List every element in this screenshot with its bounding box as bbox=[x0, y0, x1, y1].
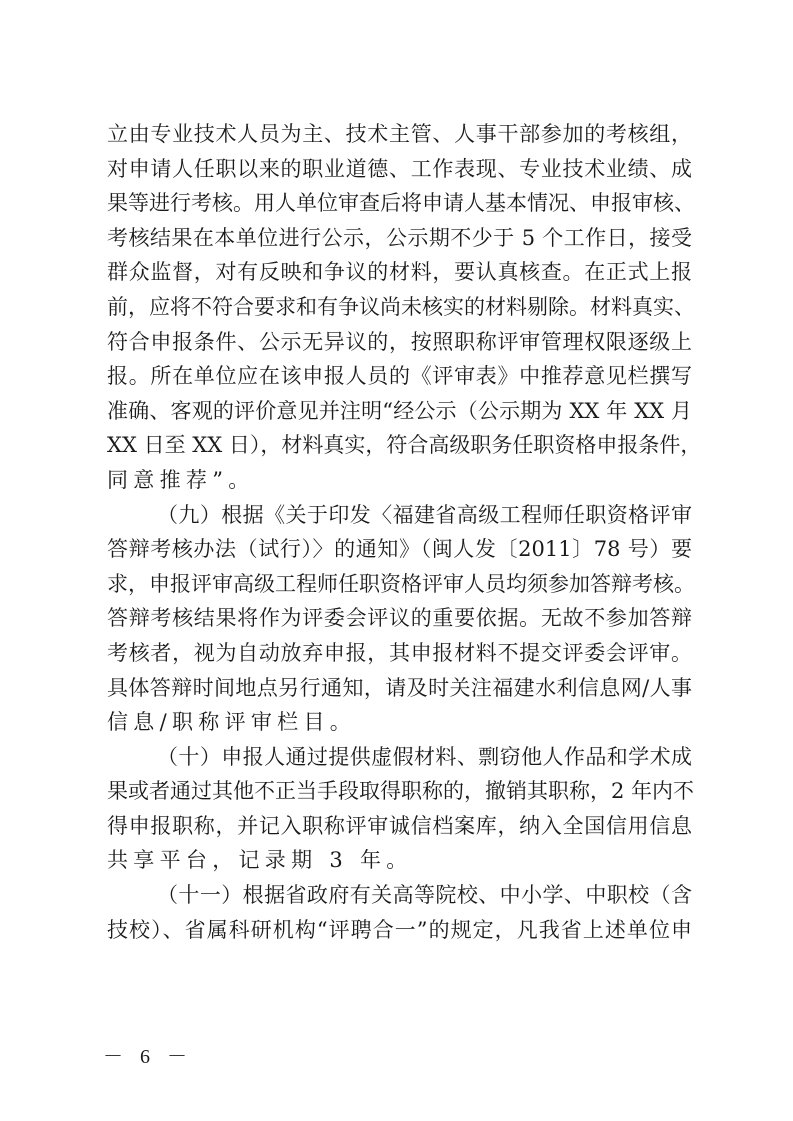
text-line: 群众监督，对有反映和争议的材料，要认真核查。在正式上报 bbox=[107, 255, 692, 290]
text-line: 果等进行考核。用人单位审查后将申请人基本情况、申报审核、 bbox=[107, 186, 692, 221]
text-line: 答辩考核办法（试行）〉的通知》（闽人发〔2011〕78 号）要 bbox=[107, 532, 692, 567]
text-line: 得申报职称，并记入职称评审诚信档案库，纳入全国信用信息 bbox=[107, 809, 692, 844]
text-line: 具体答辩时间地点另行通知，请及时关注福建水利信息网/人事 bbox=[107, 671, 692, 706]
text-line: 立由专业技术人员为主、技术主管、人事干部参加的考核组， bbox=[107, 117, 692, 152]
text-line: 准确、客观的评价意见并注明“经公示（公示期为 XX 年 XX 月 bbox=[107, 394, 692, 429]
text-line: 答辩考核结果将作为评委会评议的重要依据。无故不参加答辩 bbox=[107, 601, 692, 636]
paragraph-continued: 立由专业技术人员为主、技术主管、人事干部参加的考核组， 对申请人任职以来的职业道… bbox=[107, 117, 692, 498]
text-line: 报。所在单位应在该申报人员的《评审表》中推荐意见栏撰写 bbox=[107, 359, 692, 394]
document-page: 立由专业技术人员为主、技术主管、人事干部参加的考核组， 对申请人任职以来的职业道… bbox=[107, 117, 692, 947]
text-line: 考核者，视为自动放弃申报，其申报材料不提交评委会评审。 bbox=[107, 636, 692, 671]
text-line: 共享平台，记录期 3 年。 bbox=[107, 843, 692, 878]
text-line: 同意推荐”。 bbox=[107, 463, 692, 498]
text-line: 符合申报条件、公示无异议的，按照职称评审管理权限逐级上 bbox=[107, 325, 692, 360]
text-line: （十一）根据省政府有关高等院校、中小学、中职校（含 bbox=[107, 878, 692, 913]
page-number: － 6 － bbox=[103, 1040, 193, 1069]
text-line: 求，申报评审高级工程师任职资格评审人员均须参加答辩考核。 bbox=[107, 567, 692, 602]
text-line: 前，应将不符合要求和有争议尚未核实的材料剔除。材料真实、 bbox=[107, 290, 692, 325]
paragraph-item-10: （十）申报人通过提供虚假材料、剽窃他人作品和学术成 果或者通过其他不正当手段取得… bbox=[107, 740, 692, 878]
paragraph-item-9: （九）根据《关于印发〈福建省高级工程师任职资格评审 答辩考核办法（试行）〉的通知… bbox=[107, 498, 692, 740]
text-line: 考核结果在本单位进行公示，公示期不少于 5 个工作日，接受 bbox=[107, 221, 692, 256]
text-line: 果或者通过其他不正当手段取得职称的，撤销其职称，2 年内不 bbox=[107, 774, 692, 809]
text-line: （九）根据《关于印发〈福建省高级工程师任职资格评审 bbox=[107, 498, 692, 533]
text-line: 技校）、省属科研机构“评聘合一”的规定，凡我省上述单位申 bbox=[107, 913, 692, 948]
paragraph-item-11: （十一）根据省政府有关高等院校、中小学、中职校（含 技校）、省属科研机构“评聘合… bbox=[107, 878, 692, 947]
text-line: 信息/职称评审栏目。 bbox=[107, 705, 692, 740]
text-line: 对申请人任职以来的职业道德、工作表现、专业技术业绩、成 bbox=[107, 152, 692, 187]
text-line: （十）申报人通过提供虚假材料、剽窃他人作品和学术成 bbox=[107, 740, 692, 775]
text-line: XX 日至 XX 日），材料真实，符合高级职务任职资格申报条件， bbox=[107, 428, 692, 463]
